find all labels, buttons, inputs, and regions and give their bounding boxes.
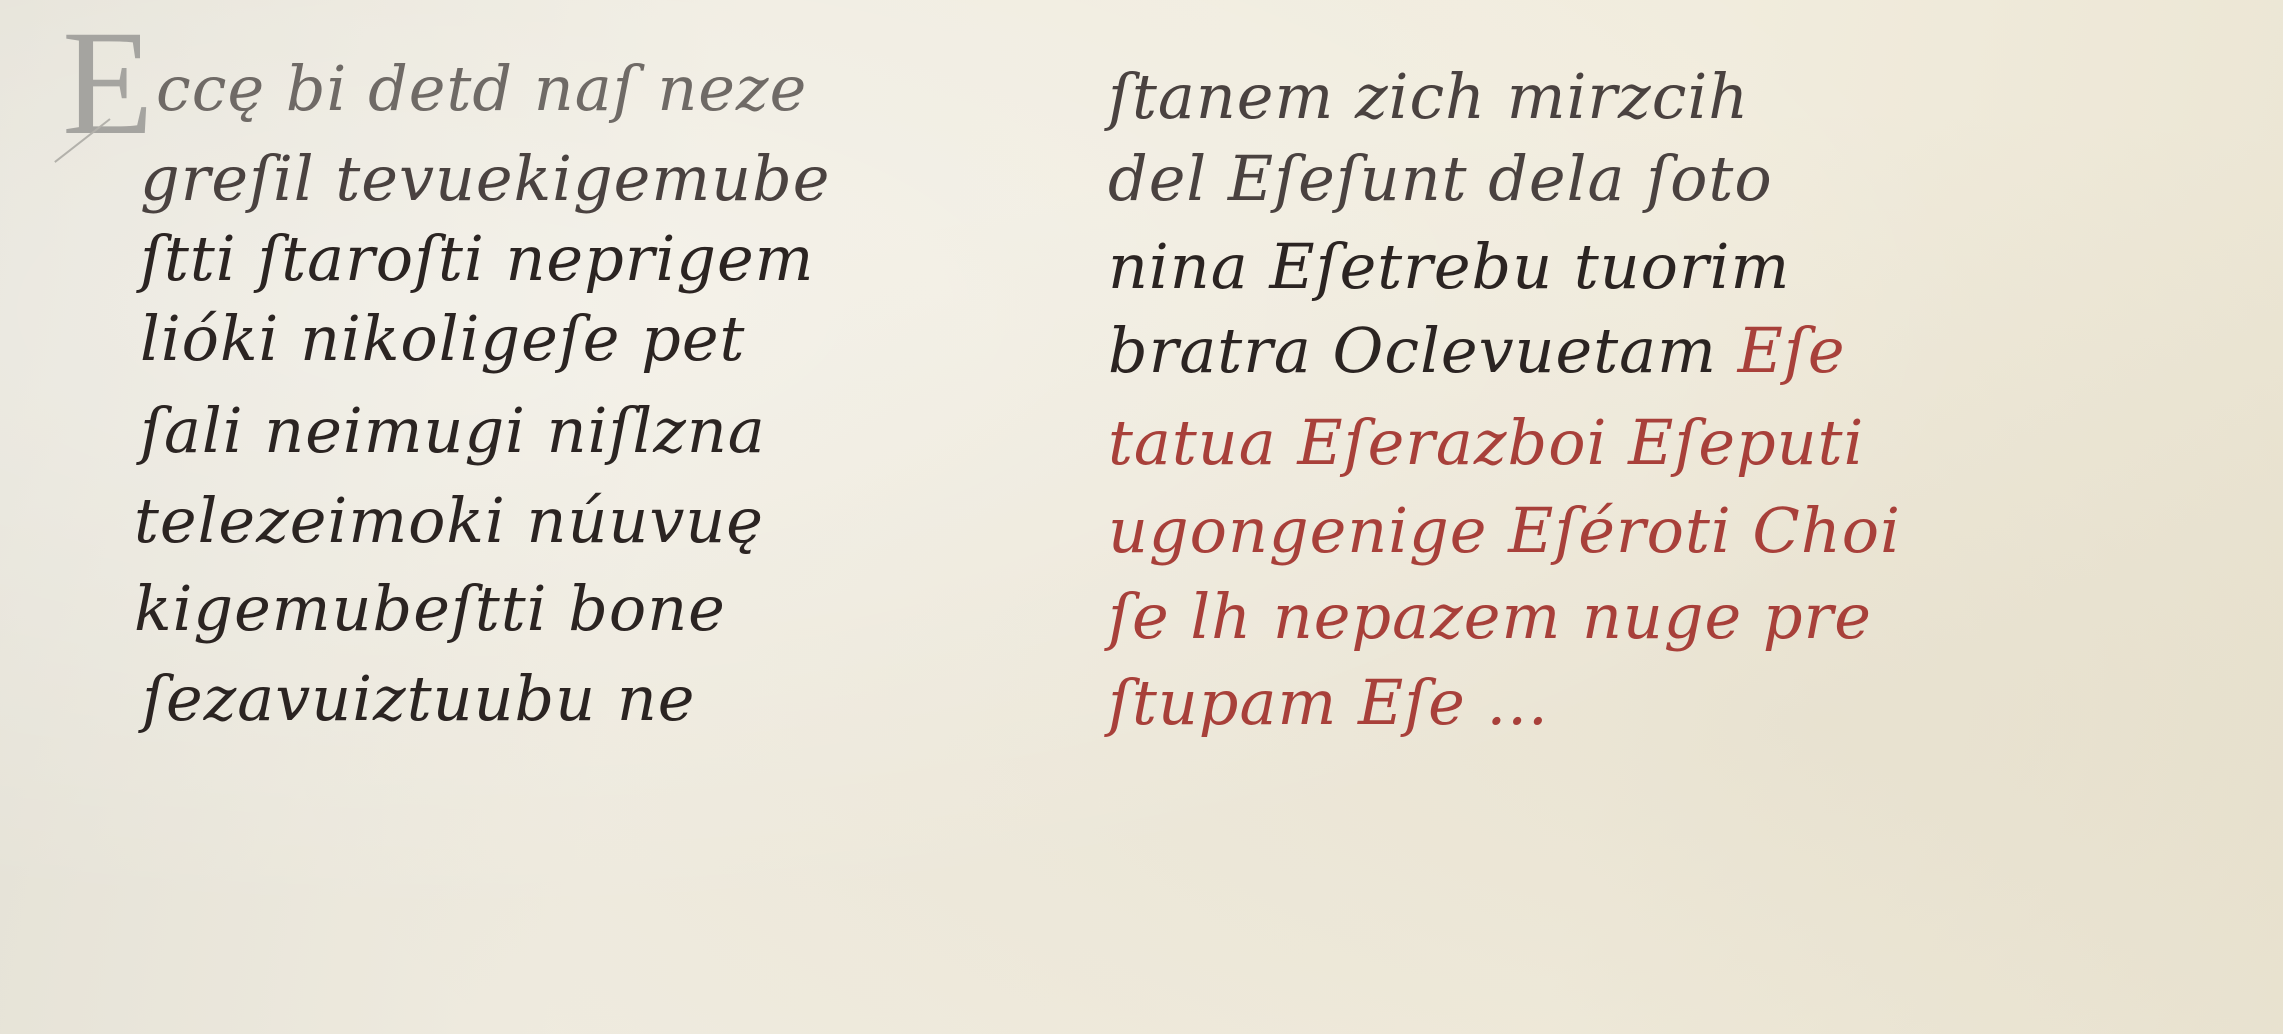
text-line: ſezavuiztuubu ne bbox=[142, 668, 695, 730]
text-line: telezeimoki núuvuę bbox=[134, 490, 764, 552]
red-text: ſe lh nepazem nuge pre bbox=[1108, 580, 1872, 653]
text-line: ſe lh nepazem nuge pre bbox=[1108, 586, 1872, 648]
text-line: kigemubeſtti bone bbox=[134, 578, 726, 640]
black-text: ſtanem zich mirzcih bbox=[1108, 60, 1749, 133]
decorated-initial: E bbox=[62, 8, 154, 158]
text-line: ugongenige Eſéroti Choi bbox=[1108, 500, 1901, 562]
text-line: tatua Eſerazboi Eſeputi bbox=[1108, 412, 1864, 474]
text-line: ſali neimugi niſlzna bbox=[140, 400, 766, 462]
black-text: bratra Oclevuetam bbox=[1108, 314, 1738, 387]
text-line: ſtanem zich mirzcih bbox=[1108, 66, 1749, 128]
text-line: ſtupam Eſe ... bbox=[1108, 672, 1549, 734]
text-line: nina Eſetrebu tuorim bbox=[1108, 236, 1790, 298]
text-line: del Eſeſunt dela ſoto bbox=[1108, 148, 1773, 210]
text-line: ſtti ſtaroſti neprigem bbox=[140, 228, 814, 290]
red-text: tatua Eſerazboi Eſeputi bbox=[1108, 406, 1864, 479]
manuscript-page: E ccę bi detd naſ neze greſil tevuekigem… bbox=[0, 0, 2283, 1034]
red-text: ugongenige Eſéroti Choi bbox=[1108, 494, 1901, 567]
text-line: bratra Oclevuetam Eſe bbox=[1108, 320, 1846, 382]
red-text: ſtupam Eſe ... bbox=[1108, 666, 1549, 739]
black-text: del Eſeſunt dela ſoto bbox=[1108, 142, 1773, 215]
text-line: greſil tevuekigemube bbox=[140, 148, 830, 210]
black-text: nina Eſetrebu tuorim bbox=[1108, 230, 1790, 303]
text-line: ccę bi detd naſ neze bbox=[156, 58, 807, 120]
text-line: lióki nikoligeſe pet bbox=[140, 308, 745, 370]
red-text: Eſe bbox=[1738, 314, 1846, 387]
